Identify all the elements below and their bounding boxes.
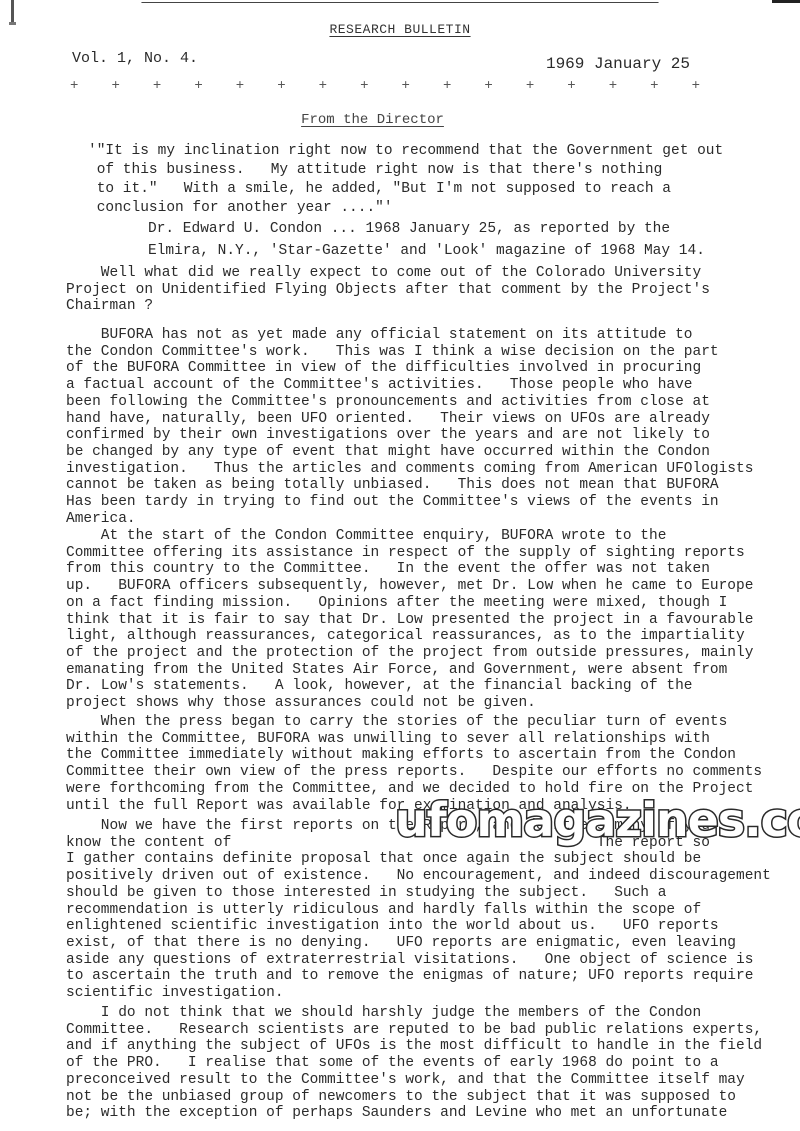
cross: + (443, 78, 451, 94)
cross: + (484, 78, 492, 94)
cross: + (319, 78, 327, 94)
cross: + (402, 78, 410, 94)
cross: + (153, 78, 161, 94)
cross: + (236, 78, 244, 94)
bulletin-title: RESEARCH BULLETIN (0, 22, 800, 37)
condon-quote: '"It is my inclination right now to reco… (88, 142, 748, 218)
paragraph-2: BUFORA has not as yet made any official … (66, 327, 796, 527)
cross: + (692, 78, 700, 94)
cross: + (567, 78, 575, 94)
paragraph-6: I do not think that we should harshly ju… (66, 1005, 796, 1122)
paragraph-3: At the start of the Condon Committee enq… (66, 528, 796, 712)
cross-separator: + + + + + + + + + + + + + + + + (70, 78, 700, 94)
paragraph-1: Well what did we really expect to come o… (66, 265, 796, 315)
document-page: BRITISH UNIDENTIFIED FLYING OBJECT RESEA… (0, 0, 800, 1131)
watermark: ufomagazines.com (395, 793, 800, 847)
cross: + (650, 78, 658, 94)
issue-date: 1969 January 25 (546, 55, 690, 73)
quote-attribution: Dr. Edward U. Condon ... 1968 January 25… (148, 218, 768, 262)
cross: + (111, 78, 119, 94)
cross: + (360, 78, 368, 94)
volume-number: Vol. 1, No. 4. (72, 50, 198, 67)
cross: + (194, 78, 202, 94)
cross: + (277, 78, 285, 94)
cross: + (70, 78, 78, 94)
section-title: From the Director (0, 112, 745, 128)
cross: + (526, 78, 534, 94)
cross: + (609, 78, 617, 94)
organization-header: BRITISH UNIDENTIFIED FLYING OBJECT RESEA… (0, 0, 800, 5)
